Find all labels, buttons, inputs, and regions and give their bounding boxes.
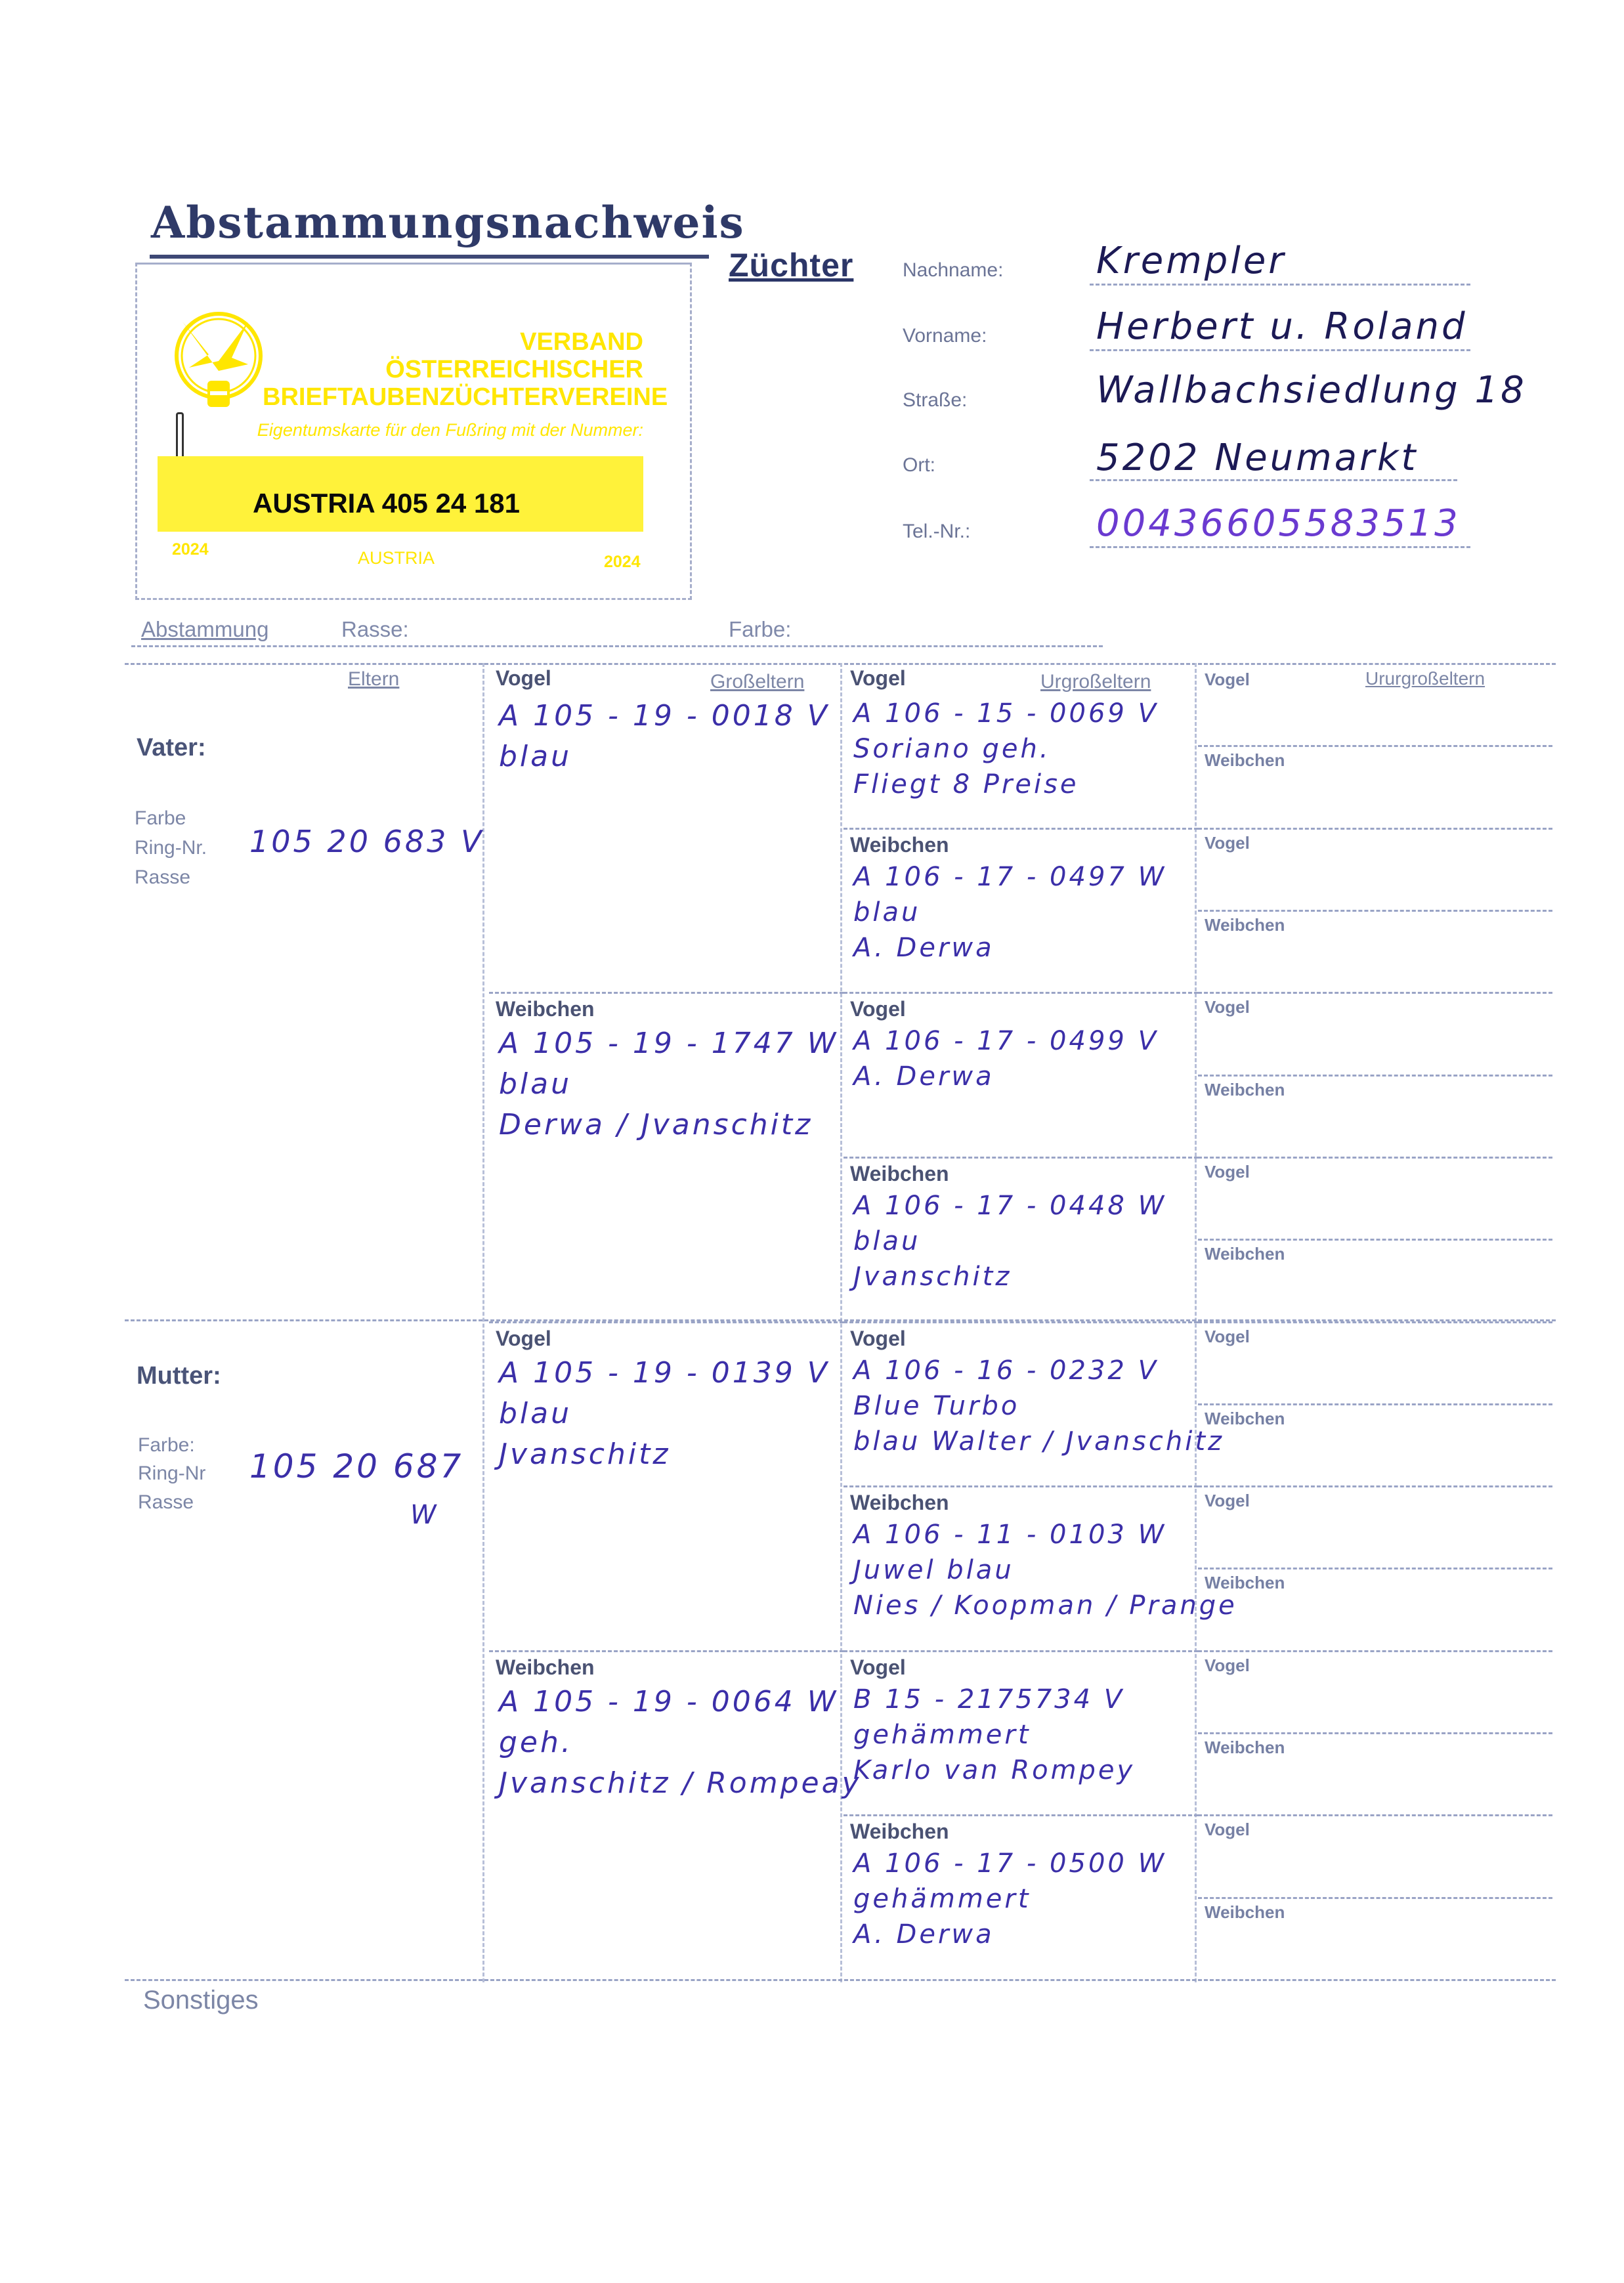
great-grandparent-entry[interactable]: A 106 - 17 - 0497 WblauA. Derwa (853, 859, 1166, 966)
great-great-grandparent-role-10: Vogel (1205, 1491, 1250, 1511)
grandparent-role-2: Vogel (496, 1327, 551, 1351)
city-label: Ort: (903, 454, 935, 477)
great-great-grandparent-role-2: Vogel (1205, 833, 1250, 853)
grandparent-line: geh. (499, 1722, 862, 1763)
great-grandparent-entry[interactable]: A 106 - 17 - 0499 VA. Derwa (853, 1023, 1159, 1094)
great-grandparent-line: A. Derwa (853, 1917, 1166, 1952)
great-grandparent-line: A 106 - 11 - 0103 W (853, 1517, 1237, 1552)
great-great-grandparent-role-13: Weibchen (1205, 1738, 1285, 1758)
great-grandparent-entry[interactable]: A 106 - 17 - 0448 WblauJvanschitz (853, 1188, 1166, 1294)
great-grandparent-line: A. Derwa (853, 1059, 1159, 1094)
grandparent-line: blau (499, 1394, 830, 1434)
father-ring-field[interactable]: 105 20 683 V (249, 824, 484, 859)
city-field[interactable]: 5202 Neumarkt (1096, 437, 1418, 479)
great-grandparent-role-1: Weibchen (850, 833, 949, 857)
great-grandparent-line: A. Derwa (853, 930, 1166, 966)
header-urgrosseltern: Urgroßeltern (1040, 671, 1151, 693)
header-grosseltern: Großeltern (710, 671, 804, 693)
great-grandparent-role-7: Weibchen (850, 1820, 949, 1844)
great-grandparent-line: A 106 - 16 - 0232 V (853, 1353, 1224, 1388)
great-grandparent-entry[interactable]: A 106 - 17 - 0500 WgehämmertA. Derwa (853, 1846, 1166, 1952)
card-subtitle: Eigentumskarte für den Fußring mit der N… (249, 420, 643, 440)
grandparent-role-1: Weibchen (496, 997, 595, 1021)
great-grandparent-line: blau (853, 895, 1166, 930)
mother-ring-label: Ring-Nr (138, 1462, 205, 1485)
great-grandparent-line: Blue Turbo (853, 1388, 1224, 1424)
lineage-label: Abstammung (141, 617, 268, 642)
great-grandparent-role-2: Vogel (850, 997, 906, 1021)
other-label: Sonstiges (143, 1986, 259, 2015)
card-year-right: 2024 (604, 553, 641, 572)
great-grandparent-entry[interactable]: A 106 - 11 - 0103 WJuwel blauNies / Koop… (853, 1517, 1237, 1623)
great-grandparent-entry[interactable]: B 15 - 2175734 VgehämmertKarlo van Rompe… (853, 1682, 1135, 1788)
grandparent-line: Derwa / Jvanschitz (499, 1105, 838, 1145)
great-great-grandparent-role-14: Vogel (1205, 1820, 1250, 1840)
great-great-grandparent-role-15: Weibchen (1205, 1902, 1285, 1923)
great-great-grandparent-role-3: Weibchen (1205, 915, 1285, 935)
pigeon-emblem-icon (169, 309, 268, 414)
great-grandparent-line: A 106 - 17 - 0500 W (853, 1846, 1166, 1881)
breeder-heading: Züchter (729, 246, 853, 284)
header-vogel-gp: Vogel (496, 666, 551, 691)
great-grandparent-entry[interactable]: A 106 - 16 - 0232 VBlue Turboblau Walter… (853, 1353, 1224, 1459)
great-grandparent-line: blau Walter / Jvanschitz (853, 1424, 1224, 1459)
great-great-grandparent-role-12: Vogel (1205, 1655, 1250, 1676)
title-underline (150, 255, 709, 259)
great-great-grandparent-role-9: Weibchen (1205, 1409, 1285, 1429)
farbe-label: Farbe: (729, 617, 791, 642)
great-grandparent-line: Juwel blau (853, 1552, 1237, 1588)
phone-field[interactable]: 00436605583513 (1096, 502, 1461, 545)
great-grandparent-line: Soriano geh. (853, 731, 1159, 767)
header-vogel-ggp: Vogel (850, 666, 906, 691)
firstname-field[interactable]: Herbert u. Roland (1096, 305, 1468, 348)
great-grandparent-role-6: Vogel (850, 1655, 906, 1680)
great-great-grandparent-role-4: Vogel (1205, 997, 1250, 1017)
document-title: Abstammungsnachweis (151, 197, 745, 248)
grandparent-entry[interactable]: A 105 - 19 - 0018 Vblau (499, 696, 830, 777)
great-great-grandparent-role-1: Weibchen (1205, 750, 1285, 771)
firstname-label: Vorname: (903, 325, 987, 347)
mother-breed-label: Rasse (138, 1491, 194, 1514)
great-grandparent-line: A 106 - 17 - 0448 W (853, 1188, 1166, 1224)
mother-sex-mark: W (410, 1500, 439, 1530)
great-great-grandparent-role-7: Weibchen (1205, 1244, 1285, 1264)
header-vogel-gggp: Vogel (1205, 670, 1250, 690)
great-great-grandparent-role-5: Weibchen (1205, 1080, 1285, 1100)
grandparent-line: A 105 - 19 - 0064 W (499, 1682, 862, 1722)
street-field[interactable]: Wallbachsiedlung 18 (1096, 369, 1527, 412)
great-grandparent-line: Fliegt 8 Preise (853, 767, 1159, 802)
great-grandparent-entry[interactable]: A 106 - 15 - 0069 VSoriano geh.Fliegt 8 … (853, 696, 1159, 802)
grandparent-line: blau (499, 1064, 838, 1105)
great-great-grandparent-role-8: Vogel (1205, 1327, 1250, 1347)
card-organization: VERBAND ÖSTERREICHISCHER BRIEFTAUBENZÜCH… (263, 328, 643, 411)
great-grandparent-line: A 106 - 17 - 0499 V (853, 1023, 1159, 1059)
grandparent-entry[interactable]: A 105 - 19 - 0139 VblauJvanschitz (499, 1353, 830, 1475)
rasse-label: Rasse: (341, 617, 409, 642)
great-great-grandparent-role-11: Weibchen (1205, 1573, 1285, 1593)
grandparent-entry[interactable]: A 105 - 19 - 0064 Wgeh.Jvanschitz / Romp… (499, 1682, 862, 1804)
great-grandparent-line: B 15 - 2175734 V (853, 1682, 1135, 1717)
header-ururgrosseltern: Ururgroßeltern (1365, 668, 1485, 689)
great-grandparent-line: A 106 - 15 - 0069 V (853, 696, 1159, 731)
mother-color-label: Farbe: (138, 1434, 195, 1457)
great-grandparent-line: gehämmert (853, 1881, 1166, 1917)
father-label: Vater: (137, 734, 206, 762)
street-label: Straße: (903, 389, 967, 412)
great-grandparent-role-3: Weibchen (850, 1162, 949, 1186)
great-grandparent-role-4: Vogel (850, 1327, 906, 1351)
father-ring-label: Ring-Nr. (135, 837, 207, 859)
phone-label: Tel.-Nr.: (903, 521, 970, 543)
grandparent-line: blau (499, 736, 830, 777)
header-eltern: Eltern (348, 668, 399, 691)
card-country: AUSTRIA (358, 548, 435, 568)
grandparent-role-3: Weibchen (496, 1655, 595, 1680)
great-grandparent-role-5: Weibchen (850, 1491, 949, 1515)
card-ring-number: AUSTRIA 405 24 181 (253, 488, 520, 519)
great-great-grandparent-role-6: Vogel (1205, 1162, 1250, 1182)
grandparent-line: A 105 - 19 - 0018 V (499, 696, 830, 736)
great-grandparent-line: A 106 - 17 - 0497 W (853, 859, 1166, 895)
great-grandparent-line: blau (853, 1224, 1166, 1259)
mother-label: Mutter: (137, 1362, 221, 1390)
grandparent-line: A 105 - 19 - 0139 V (499, 1353, 830, 1394)
mother-ring-field[interactable]: 105 20 687 (249, 1447, 463, 1485)
lastname-label: Nachname: (903, 259, 1003, 282)
great-grandparent-line: Jvanschitz (853, 1259, 1166, 1294)
grandparent-line: Jvanschitz / Rompeay (499, 1763, 862, 1804)
father-breed-label: Rasse (135, 866, 190, 889)
grandparent-line: Jvanschitz (499, 1434, 830, 1475)
grandparent-entry[interactable]: A 105 - 19 - 1747 WblauDerwa / Jvanschit… (499, 1023, 838, 1145)
great-grandparent-line: gehämmert (853, 1717, 1135, 1753)
great-grandparent-line: Nies / Koopman / Prange (853, 1588, 1237, 1623)
grandparent-line: A 105 - 19 - 1747 W (499, 1023, 838, 1064)
lastname-field[interactable]: Krempler (1096, 240, 1286, 282)
father-color-label: Farbe (135, 807, 186, 830)
card-year-left: 2024 (172, 540, 209, 559)
great-grandparent-line: Karlo van Rompey (853, 1753, 1135, 1788)
